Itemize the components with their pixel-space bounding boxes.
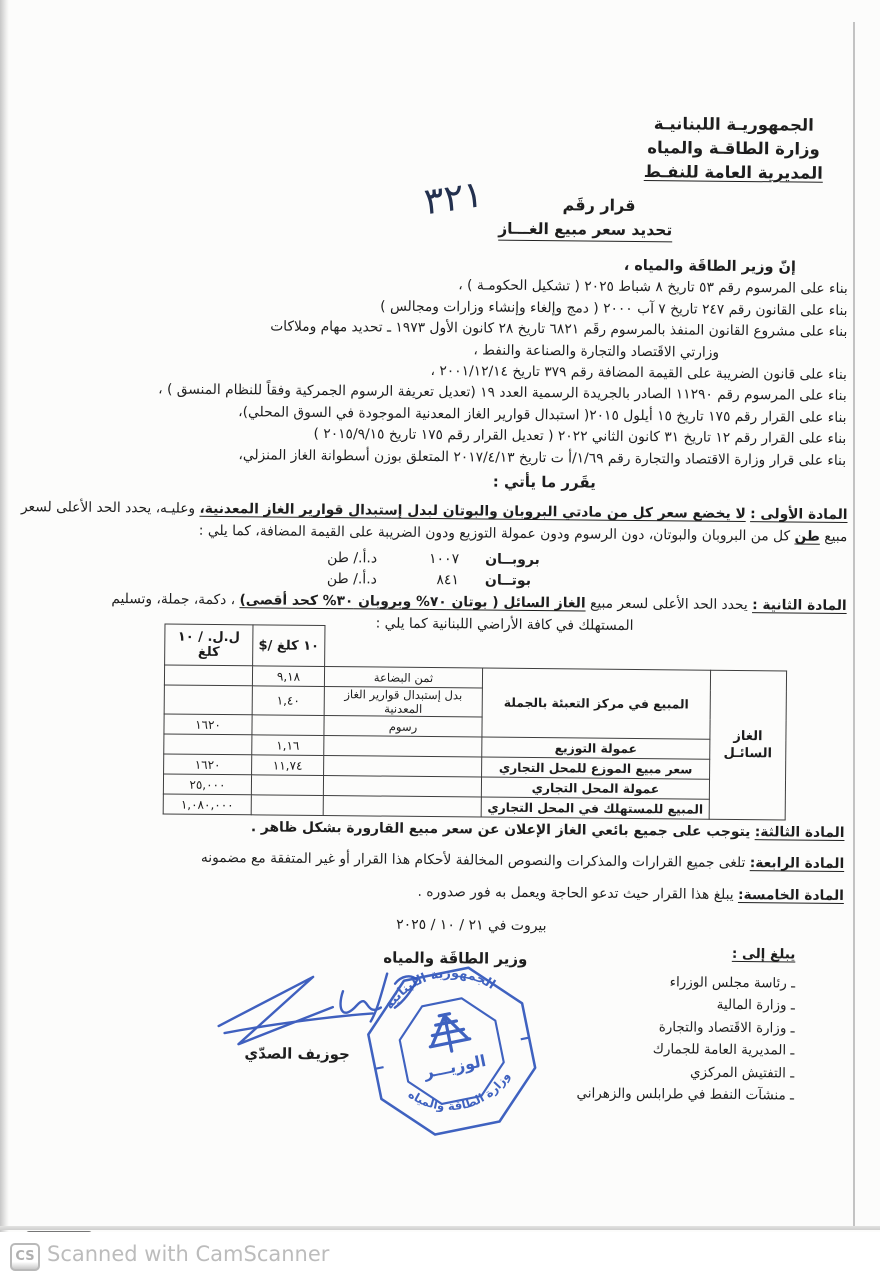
- decision-subject: تحديد سعر مبيع الغـــاز: [498, 220, 672, 243]
- lbp-cell: [164, 685, 252, 715]
- decision-label: قرار رقَم: [563, 195, 636, 215]
- usd-cell: [251, 795, 323, 816]
- item-cell: بدل إستبدال قوارير الغاز المعدنية: [324, 687, 482, 718]
- usd-cell: [251, 775, 323, 796]
- distribution-item: ـ وزارة الاقَتصاد والتجارة: [577, 1015, 795, 1040]
- preamble: إنّ وزير الطاقَة والمياه ، بناء على المر…: [18, 250, 848, 472]
- table-blank-corner: [325, 626, 787, 671]
- item-cell: [324, 736, 482, 758]
- stamp-center-text: الوزيـــر: [421, 1051, 487, 1082]
- usd-cell: [252, 715, 324, 736]
- ministry-stamp: الوزيـــر الجمهورية اللبنانية وزارة الطا…: [345, 950, 560, 1159]
- document-content: الجمهوريـة اللبنانيـة وزارة الطاقـة والم…: [0, 0, 880, 1236]
- distribution-heading: يبلغ إلى :: [578, 941, 796, 966]
- article-3-text: يتوجب على جميع بائعي الغاز الإعلان عن سع…: [251, 819, 751, 840]
- resolution-intro: يقَرر ما يأتي :: [493, 473, 596, 492]
- gas-label-1: الغاز: [713, 728, 782, 746]
- category-cell: سعر مبيع الموزع للمحل التجاري: [482, 757, 710, 779]
- item-cell: [323, 796, 481, 818]
- article-2-label: المادة الثانية :: [752, 597, 847, 614]
- camscanner-watermark-bar: CS Scanned with CamScanner: [0, 1232, 880, 1280]
- camscanner-watermark-text: Scanned with CamScanner: [47, 1242, 329, 1266]
- article-4-text: تلغى جميع القرارات والمذكرات والنصوص الم…: [201, 850, 746, 871]
- distribution-item: ـ منشآت النفط في طرابلس والزهراني: [576, 1082, 794, 1107]
- propane-unit: د.أ./ طن: [327, 550, 401, 567]
- scanned-document-page: الجمهوريـة اللبنانيـة وزارة الطاقـة والم…: [0, 0, 880, 1280]
- category-cell: عمولة المحل التجاري: [481, 777, 709, 799]
- gas-column-label: الغاز السائـل: [709, 670, 786, 820]
- distribution-item: ـ التفتيش المركزي: [577, 1060, 795, 1085]
- article-1-line2-rest: كل من البروبان والبوتان، دون الرسوم ودون…: [199, 523, 790, 545]
- article-5-text: يبلغ هذا القرار حيث تدعو الحاجة ويعمل به…: [417, 884, 733, 903]
- lbp-cell: [164, 665, 252, 686]
- letterhead-republic: الجمهوريـة اللبنانيـة: [626, 112, 841, 138]
- article-2-rest: ، دكمة، جملة، وتسليم: [111, 591, 235, 608]
- article-5-label: المادة الخامسة:: [738, 887, 844, 904]
- page-bottom-shadow: [0, 1226, 880, 1230]
- letterhead-directorate: المديرية العامة للنفـط: [626, 160, 841, 186]
- article-1-line2-pre: مبيع: [824, 529, 847, 545]
- lbp-cell: [164, 734, 252, 755]
- article-1-ton: طن: [794, 529, 820, 545]
- stamp-bottom-text: وزارة الطاقة والمياه: [404, 1067, 518, 1123]
- distribution-item: ـ رئاسة مجلس الوزراء: [578, 970, 796, 995]
- decision-number-handwritten: ٣٢١: [423, 172, 485, 224]
- article-2-key-clause: الغاز السائل ( بوتان ٧٠% وبروبان ٣٠% كحد…: [239, 592, 585, 611]
- gas-label-2: السائـل: [713, 745, 782, 763]
- place-and-date: بيروت في ٢١ / ١٠ / ٢٠٢٥: [377, 917, 547, 935]
- lbp-cell: ١٦٢٠: [164, 754, 252, 775]
- article-4: المادة الرابعة: تلغى جميع القرارات والمذ…: [14, 845, 844, 875]
- col-header-lbp: ل.ل. / ١٠ كلغ: [165, 624, 253, 666]
- price-row-butane: د.أ./ طن ٨٤١ بوتــان: [327, 568, 597, 592]
- letterhead: الجمهوريـة اللبنانيـة وزارة الطاقـة والم…: [626, 112, 842, 186]
- butane-price: ٨٤١: [401, 571, 459, 588]
- article-1-rest: وعليـه، يحدد الحد الأعلى لسعر: [21, 499, 195, 517]
- article-3-label: المادة الثالثة:: [755, 824, 845, 841]
- lbp-cell: ١٦٢٠: [164, 714, 252, 735]
- cedar-tree-icon: [425, 1011, 472, 1055]
- distribution-item: ـ المديرية العامة للجمارك: [577, 1037, 795, 1062]
- usd-cell: ٩,١٨: [252, 666, 324, 687]
- category-cell: المبيع في مركز التعبئة بالجملة: [482, 668, 711, 739]
- svg-text:وزارة الطاقة والمياه: وزارة الطاقة والمياه: [404, 1067, 518, 1123]
- butane-unit: د.أ./ طن: [327, 571, 401, 588]
- gas-price-table-wrap: $/ ١٠ كلغ ل.ل. / ١٠ كلغ الغاز السائـل ال…: [163, 623, 788, 820]
- ton-price-list: د.أ./ طن ١٠٠٧ بروبــان د.أ./ طن ٨٤١ بوتـ…: [327, 547, 597, 592]
- article-5: المادة الخامسة: يبلغ هذا القرار حيث تدعو…: [14, 877, 844, 907]
- item-cell: [324, 756, 482, 778]
- article-1-label: المادة الأولى :: [750, 506, 848, 523]
- gas-price-table: $/ ١٠ كلغ ل.ل. / ١٠ كلغ الغاز السائـل ال…: [163, 623, 788, 820]
- lbp-cell: ٢٥,٠٠٠: [163, 774, 251, 795]
- usd-cell: ١,١٦: [252, 735, 324, 756]
- camscanner-logo-icon: CS: [10, 1243, 40, 1271]
- article-4-label: المادة الرابعة:: [750, 855, 845, 872]
- article-2-pre: يحدد الحد الأعلى لسعر مبيع: [590, 596, 748, 614]
- scan-left-edge: [0, 0, 9, 1232]
- item-cell: ثمن البضاعة: [324, 667, 482, 689]
- letterhead-ministry: وزارة الطاقـة والمياه: [626, 136, 841, 162]
- lbp-cell: ١,٠٨٠,٠٠٠: [163, 794, 251, 815]
- item-cell: رسوم: [324, 716, 482, 738]
- category-cell: المبيع للمستهلك في المحل التجاري: [481, 797, 709, 819]
- distribution-list: يبلغ إلى : ـ رئاسة مجلس الوزراء ـ وزارة …: [576, 941, 795, 1107]
- propane-price: ١٠٠٧: [401, 550, 459, 567]
- price-row-propane: د.أ./ طن ١٠٠٧ بروبــان: [327, 547, 597, 571]
- col-header-usd: $/ ١٠ كلغ: [253, 625, 325, 667]
- butane-label: بوتــان: [485, 572, 531, 588]
- category-cell: عمولة التوزيع: [482, 737, 710, 759]
- usd-cell: ١,٤٠: [252, 686, 324, 716]
- propane-label: بروبــان: [485, 551, 540, 568]
- article-1: المادة الأولى : لا يخضع سعر كل من مادتي …: [17, 496, 847, 548]
- item-cell: [323, 776, 481, 798]
- article-1-key-clause: لا يخضع سعر كل من مادتي البروبان والبوتا…: [199, 501, 745, 522]
- distribution-item: ـ وزارة المالية: [577, 992, 795, 1017]
- scan-right-edge: [853, 22, 855, 1227]
- usd-cell: ١١,٧٤: [252, 755, 324, 776]
